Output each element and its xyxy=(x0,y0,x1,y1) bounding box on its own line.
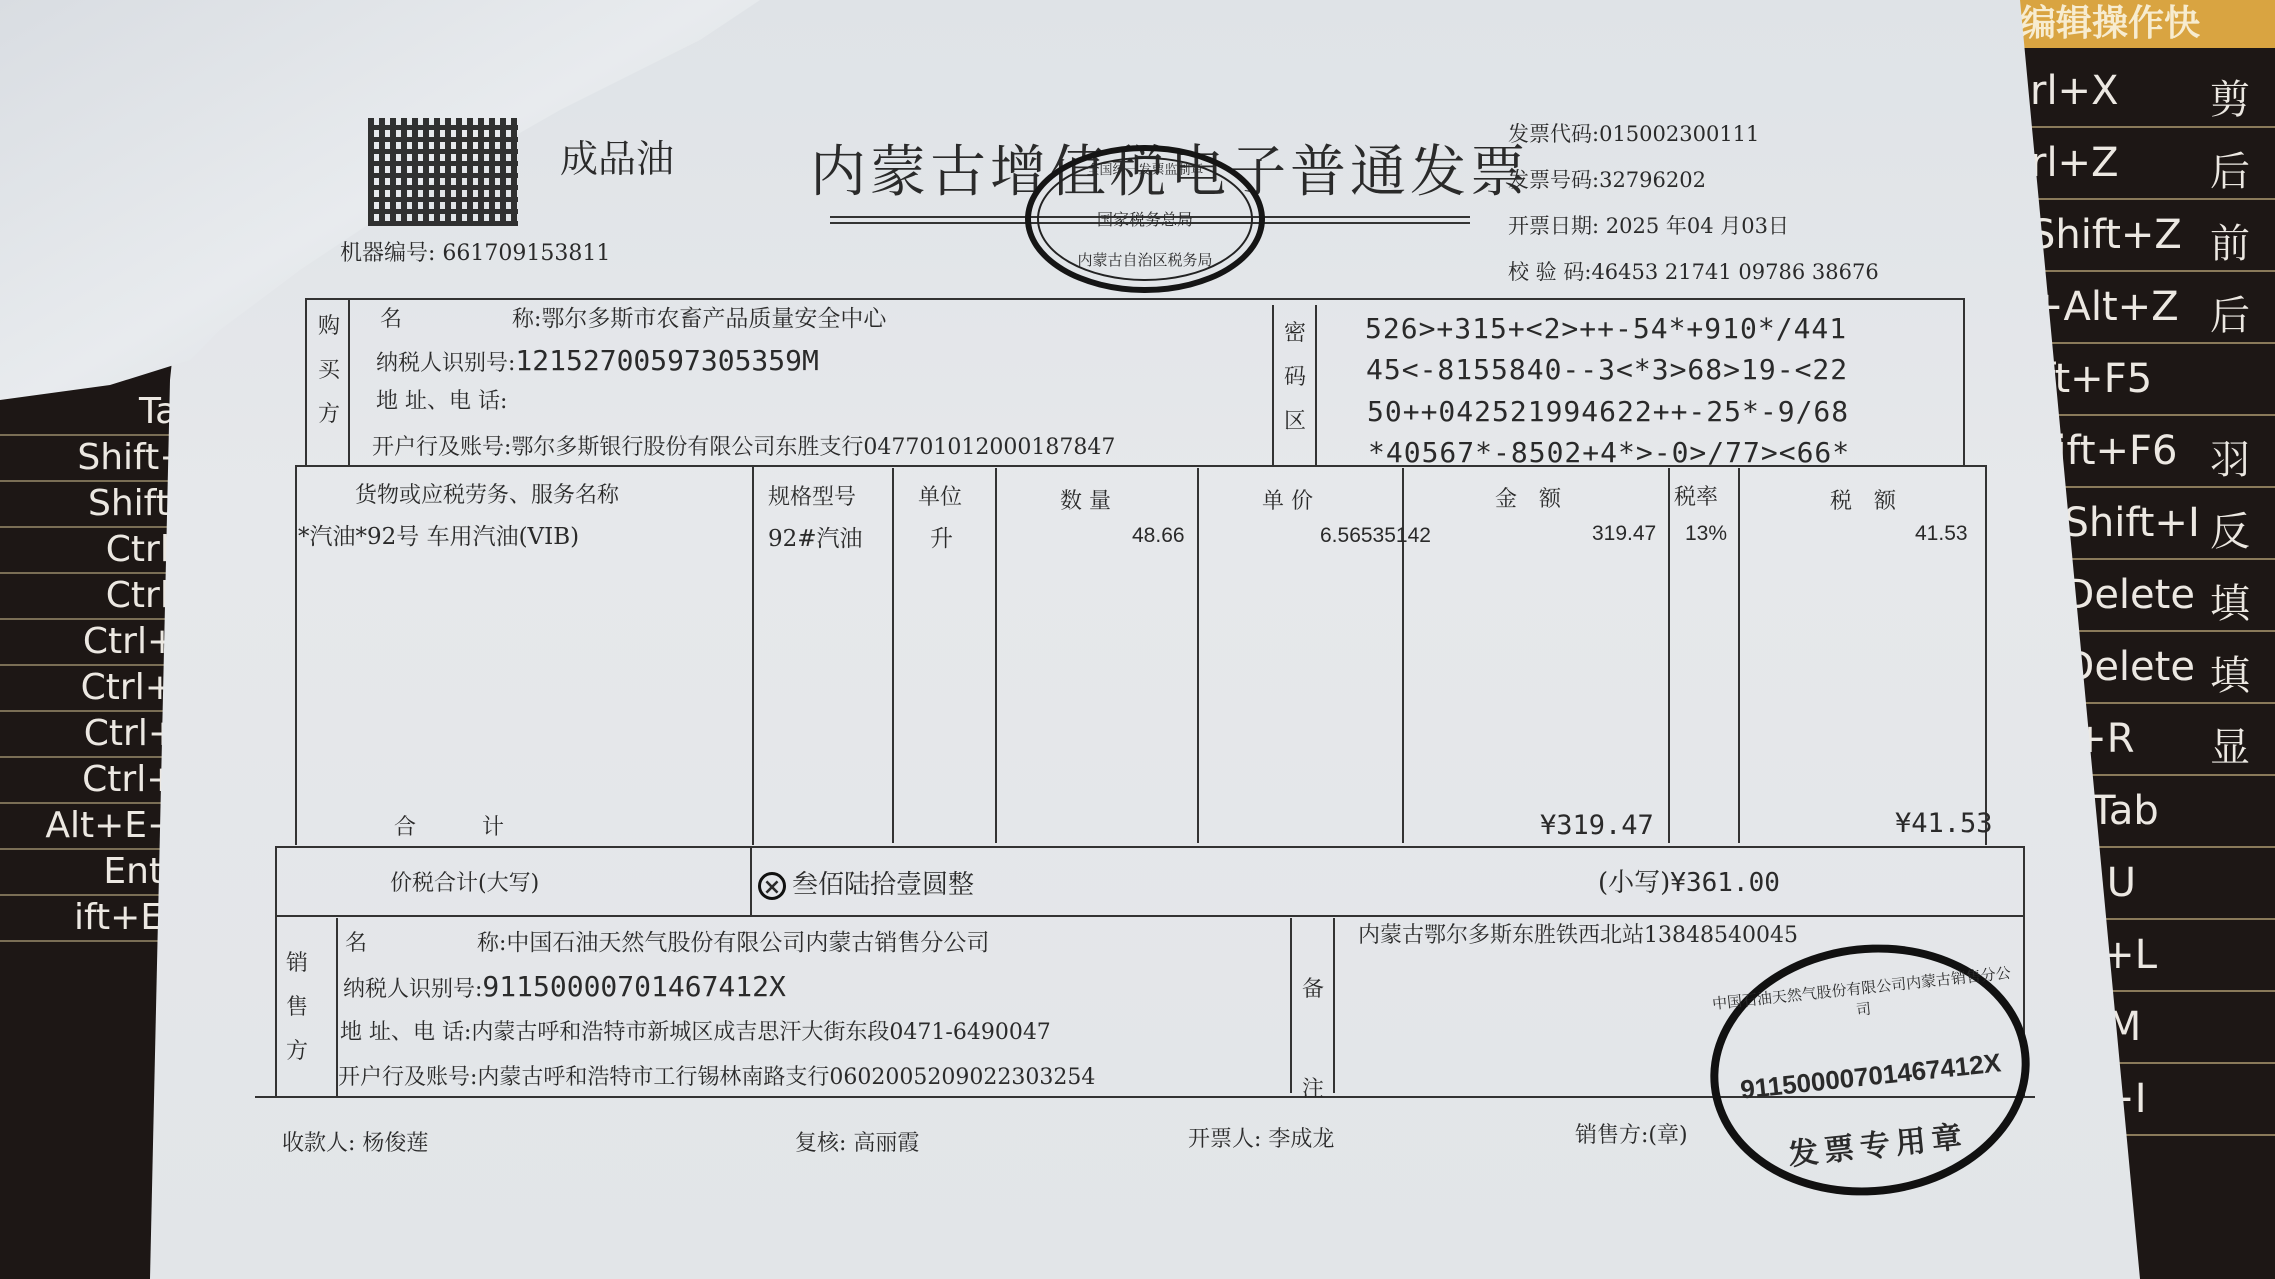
buyer-bank: 开户行及账号:鄂尔多斯银行股份有限公司东胜支行04770101200018784… xyxy=(372,430,1115,461)
payee: 收款人: 杨俊莲 xyxy=(282,1126,428,1157)
shortcut-desc: 填 xyxy=(2210,572,2250,629)
total-small: (小写)¥361.00 xyxy=(1598,862,1780,899)
shortcut-desc: 反 xyxy=(2210,500,2250,557)
shortcut-desc: 剪 xyxy=(2210,68,2250,125)
reviewer: 复核: 高丽霞 xyxy=(795,1126,919,1157)
buyer-tax-id: 纳税人识别号:12152700597305359M xyxy=(376,344,819,377)
total-words: ×叁佰陆拾壹圆整 xyxy=(758,864,974,901)
shortcut-key: Shift+Z xyxy=(2030,212,2182,258)
stamp-top-text: 全国统一发票监制章 xyxy=(1031,159,1259,178)
shortcut-key: rl+Z xyxy=(2030,140,2118,186)
shortcut-key: rl+X xyxy=(2030,68,2118,114)
cipher-line: 526>+315+<2>++-54*+910*/441 xyxy=(1365,312,1847,345)
seller-seal-label: 销售方:(章) xyxy=(1575,1118,1688,1149)
invoice-number: 发票号码:32796202 xyxy=(1508,164,1706,194)
col-divider xyxy=(995,468,997,843)
qr-code-icon xyxy=(368,118,518,226)
cipher-left-border xyxy=(1272,305,1274,465)
total-divider xyxy=(750,846,752,916)
machine-number: 机器编号: 661709153811 xyxy=(340,236,610,267)
shortcut-desc: 前 xyxy=(2210,212,2250,269)
shortcut-key: +Alt+Z xyxy=(2030,284,2179,330)
col-divider xyxy=(1738,468,1740,843)
cipher-line: *40567*-8502+4*>-0>/77><66* xyxy=(1368,436,1850,469)
col-header-price: 单 价 xyxy=(1262,484,1313,515)
item-price: 6.56535142 xyxy=(1320,524,1431,548)
supervision-stamp: 全国统一发票监制章 国家税务总局 内蒙古自治区税务局 xyxy=(1025,145,1265,293)
item-spec: 92#汽油 xyxy=(768,520,863,553)
shortcut-desc: 后 xyxy=(2210,140,2250,197)
col-header-qty: 数 量 xyxy=(1060,484,1111,515)
invoice-code: 发票代码:015002300111 xyxy=(1508,118,1759,148)
item-unit: 升 xyxy=(930,520,953,553)
buyer-side-divider xyxy=(348,298,350,466)
col-divider xyxy=(1668,468,1670,843)
col-header-amount: 金 额 xyxy=(1495,482,1561,513)
shortcut-desc: 羽 xyxy=(2210,428,2250,485)
remarks-left-border xyxy=(1290,918,1292,1093)
cipher-line: 50++042521994622++-25*-9/68 xyxy=(1367,395,1849,428)
col-header-name: 货物或应税劳务、服务名称 xyxy=(355,478,619,509)
col-header-unit: 单位 xyxy=(918,480,962,511)
invoice-category: 成品油 xyxy=(560,128,674,183)
items-left-border xyxy=(295,465,297,845)
stamp-bottom-text: 内蒙古自治区税务局 xyxy=(1031,249,1259,270)
item-name: *汽油*92号 车用汽油(VIB) xyxy=(298,518,579,551)
total-bottom-border xyxy=(275,915,2025,917)
shortcut-desc: 显 xyxy=(2210,716,2250,773)
subtotal-bottom-border xyxy=(275,846,2025,848)
shortcut-desc: 填 xyxy=(2210,644,2250,701)
check-code: 校 验 码:46453 21741 09786 38676 xyxy=(1508,256,1879,286)
remarks-text: 内蒙古鄂尔多斯东胜铁西北站13848540045 xyxy=(1358,918,1798,949)
item-qty: 48.66 xyxy=(1132,524,1185,548)
items-right-border xyxy=(1985,465,1987,845)
col-header-tax: 税 额 xyxy=(1830,484,1896,515)
stamp-middle-text: 国家税务总局 xyxy=(1031,207,1259,230)
item-tax: 41.53 xyxy=(1915,522,1968,546)
seller-address: 地 址、电 话:内蒙古呼和浩特市新城区成吉思汗大街东段0471-6490047 xyxy=(340,1015,1051,1046)
col-divider xyxy=(752,465,754,845)
item-amount: 319.47 xyxy=(1592,522,1656,546)
cipher-line: 45<-8155840--3<*3>68>19-<22 xyxy=(1366,353,1848,386)
seller-tax-id: 纳税人识别号:91150000701467412X xyxy=(343,970,786,1003)
remarks-side-divider xyxy=(1333,918,1335,1093)
subtotal-tax: ¥41.53 xyxy=(1895,808,1993,839)
subtotal-label: 合 计 xyxy=(394,810,504,841)
seller-name: 名 称:中国石油天然气股份有限公司内蒙古销售分公司 xyxy=(345,924,989,957)
buyer-left-border xyxy=(305,298,307,466)
cipher-side-divider xyxy=(1315,305,1317,465)
total-left-border xyxy=(275,846,277,1096)
issuer: 开票人: 李成龙 xyxy=(1188,1122,1334,1153)
seal-code: 91150000701467412X xyxy=(1718,1045,2024,1108)
col-divider xyxy=(892,468,894,843)
total-label: 价税合计(大写) xyxy=(390,866,539,897)
buyer-name: 名 称:鄂尔多斯市农畜产品质量安全中心 xyxy=(380,300,886,333)
buyer-side-label: 购买方 xyxy=(316,305,342,437)
invoice-date: 开票日期: 2025 年04 月03日 xyxy=(1508,210,1789,240)
cipher-side-label: 密码区 xyxy=(1282,312,1308,444)
remarks-side-label: 备注 xyxy=(1300,940,1326,1140)
table-right-border xyxy=(1963,300,1965,465)
subtotal-amount: ¥319.47 xyxy=(1540,810,1654,841)
buyer-address: 地 址、电 话: xyxy=(376,384,507,415)
col-divider xyxy=(1197,468,1199,843)
col-header-spec: 规格型号 xyxy=(768,480,856,511)
col-header-rate: 税率 xyxy=(1674,480,1718,511)
seller-bank: 开户行及账号:内蒙古呼和浩特市工行锡林南路支行06020052090223032… xyxy=(338,1060,1095,1091)
cross-circle-icon: × xyxy=(758,872,786,900)
seller-side-label: 销售方 xyxy=(284,942,310,1074)
item-rate: 13% xyxy=(1685,522,1727,546)
shortcut-desc: 后 xyxy=(2210,284,2250,341)
